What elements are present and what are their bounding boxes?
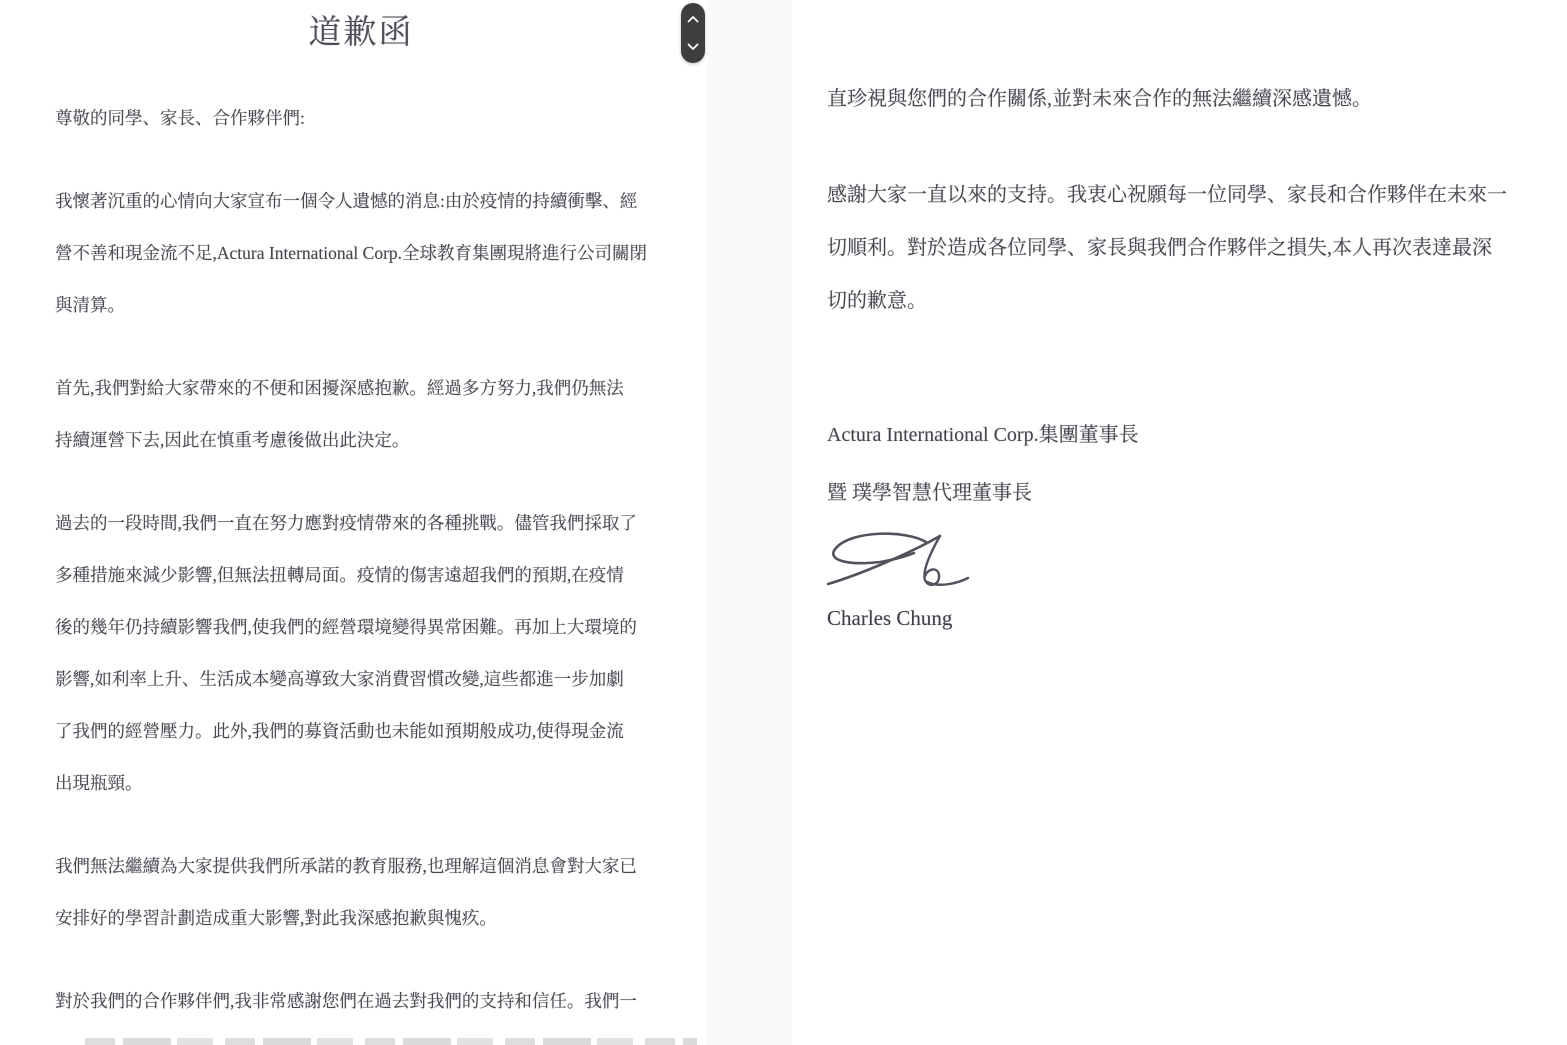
text-line: 切的歉意。 <box>827 275 1527 328</box>
chevron-down-icon <box>687 43 699 51</box>
handwritten-signature-icon <box>822 526 1527 598</box>
text-line: 我懷著沉重的心情向大家宣布一個令人遺憾的消息:由於疫情的持續衝擊、經 <box>55 175 667 227</box>
text-line: 出現瓶頸。 <box>55 757 667 809</box>
page-1-content: 道歉函 尊敬的同學、家長、合作夥伴們: 我懷著沉重的心情向大家宣布一個令人遺憾的… <box>55 0 667 1027</box>
signoff-role-chairman: Actura International Corp.集團董事長 <box>827 409 1527 462</box>
text-line: 安排好的學習計劃造成重大影響,對此我深感抱歉與愧疚。 <box>55 892 667 944</box>
paragraph-greeting: 尊敬的同學、家長、合作夥伴們: <box>55 92 667 144</box>
text-line: 多種措施來減少影響,但無法扭轉局面。疫情的傷害遠超我們的預期,在疫情 <box>55 549 667 601</box>
scroll-up-button[interactable] <box>681 8 705 30</box>
next-line-cutoff <box>85 1038 697 1045</box>
text-line: 影響,如利率上升、生活成本變高導致大家消費習慣改變,這些都進一步加劇 <box>55 653 667 705</box>
text-line: 營不善和現金流不足,Actura International Corp.全球教育… <box>55 227 667 279</box>
document-viewer: 道歉函 尊敬的同學、家長、合作夥伴們: 我懷著沉重的心情向大家宣布一個令人遺憾的… <box>0 0 1567 1045</box>
text-line: 過去的一段時間,我們一直在努力應對疫情帶來的各種挑戰。儘管我們採取了 <box>55 497 667 549</box>
text-line: 切順利。對於造成各位同學、家長與我們合作夥伴之損失,本人再次表達最深 <box>827 222 1527 275</box>
text-line: 直珍視與您們的合作關係,並對未來合作的無法繼續深感遺憾。 <box>827 73 1527 126</box>
paragraph-services: 我們無法繼續為大家提供我們所承諾的教育服務,也理解這個消息會對大家已 安排好的學… <box>55 840 667 944</box>
text-line: 持續運營下去,因此在慎重考慮後做出此決定。 <box>55 414 667 466</box>
paragraph-apology: 首先,我們對給大家帶來的不便和困擾深感抱歉。經過多方努力,我們仍無法 持續運營下… <box>55 362 667 466</box>
text-line: 尊敬的同學、家長、合作夥伴們: <box>55 92 667 144</box>
page-title: 道歉函 <box>55 12 667 54</box>
paragraph-partners: 對於我們的合作夥伴們,我非常感謝您們在過去對我們的支持和信任。我們一 <box>55 975 667 1027</box>
scroll-widget[interactable] <box>681 3 705 63</box>
letter-page-2: 直珍視與您們的合作關係,並對未來合作的無法繼續深感遺憾。 感謝大家一直以來的支持… <box>792 0 1567 1045</box>
paragraph-partners-continued: 直珍視與您們的合作關係,並對未來合作的無法繼續深感遺憾。 <box>827 73 1527 126</box>
signoff-role-acting-chairman: 暨 璞學智慧代理董事長 <box>827 467 1527 520</box>
text-line: 感謝大家一直以來的支持。我衷心祝願每一位同學、家長和合作夥伴在未來一 <box>827 169 1527 222</box>
paragraph-announcement: 我懷著沉重的心情向大家宣布一個令人遺憾的消息:由於疫情的持續衝擊、經 營不善和現… <box>55 175 667 331</box>
letter-page-1: 道歉函 尊敬的同學、家長、合作夥伴們: 我懷著沉重的心情向大家宣布一個令人遺憾的… <box>0 0 707 1045</box>
text-line: 了我們的經營壓力。此外,我們的募資活動也未能如預期般成功,使得現金流 <box>55 705 667 757</box>
paragraph-thanks: 感謝大家一直以來的支持。我衷心祝願每一位同學、家長和合作夥伴在未來一 切順利。對… <box>827 169 1527 328</box>
text-line: 對於我們的合作夥伴們,我非常感謝您們在過去對我們的支持和信任。我們一 <box>55 975 667 1027</box>
signoff-name: Charles Chung <box>827 598 1527 638</box>
chevron-up-icon <box>687 15 699 23</box>
scroll-down-button[interactable] <box>681 36 705 58</box>
text-line: 首先,我們對給大家帶來的不便和困擾深感抱歉。經過多方努力,我們仍無法 <box>55 362 667 414</box>
page-2-content: 直珍視與您們的合作關係,並對未來合作的無法繼續深感遺憾。 感謝大家一直以來的支持… <box>827 0 1527 638</box>
text-line: 我們無法繼續為大家提供我們所承諾的教育服務,也理解這個消息會對大家已 <box>55 840 667 892</box>
text-line: 後的幾年仍持續影響我們,使我們的經營環境變得異常困難。再加上大環境的 <box>55 601 667 653</box>
text-line: 與清算。 <box>55 279 667 331</box>
paragraph-challenges: 過去的一段時間,我們一直在努力應對疫情帶來的各種挑戰。儘管我們採取了 多種措施來… <box>55 497 667 809</box>
